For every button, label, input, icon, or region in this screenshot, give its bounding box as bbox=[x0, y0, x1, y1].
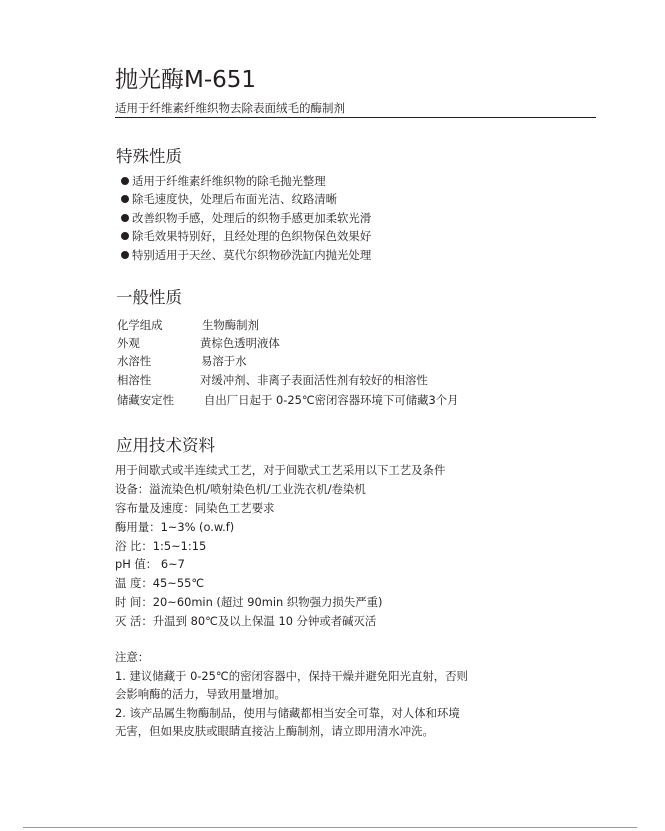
application-line: 用于间歇式或半连续式工艺，对于间歇式工艺采用以下工艺及条件 bbox=[115, 463, 445, 477]
application-line: 温 度：45~55℃ bbox=[115, 576, 204, 590]
application-line: 酶用量：1~3% (o.w.f) bbox=[115, 520, 234, 534]
notes-line: 无害，但如果皮肤或眼睛直接沾上酶制剂，请立即用清水冲洗。 bbox=[115, 724, 434, 738]
bullet-icon bbox=[121, 214, 129, 222]
property-value: 黄棕色透明液体 bbox=[200, 336, 280, 350]
section-heading-general-properties: 一般性质 bbox=[116, 288, 182, 308]
property-label: 水溶性 bbox=[117, 354, 151, 368]
header-divider bbox=[115, 117, 596, 118]
property-label: 储藏安定性 bbox=[117, 393, 174, 407]
notes-line: 会影响酶的活力，导致用量增加。 bbox=[115, 687, 286, 701]
application-line: 时 间：20~60min (超过 90min 织物强力损失严重) bbox=[115, 595, 382, 609]
property-value: 生物酶制剂 bbox=[202, 318, 259, 332]
product-title: 抛光酶M-651 bbox=[115, 66, 256, 94]
section-heading-special-properties: 特殊性质 bbox=[116, 147, 182, 167]
bullet-icon bbox=[121, 195, 129, 203]
list-item: 改善织物手感，处理后的织物手感更加柔软光滑 bbox=[121, 211, 371, 225]
bullet-icon bbox=[121, 251, 129, 259]
application-line: 灭 活：升温到 80℃及以上保温 10 分钟或者碱灭活 bbox=[115, 614, 376, 628]
application-line: 浴 比：1:5~1:15 bbox=[115, 539, 206, 553]
property-label: 相溶性 bbox=[117, 373, 151, 387]
notes-heading: 注意： bbox=[115, 650, 149, 664]
bullet-icon bbox=[121, 232, 129, 240]
footer-divider bbox=[23, 827, 637, 828]
application-line: 容布量及速度：同染色工艺要求 bbox=[115, 501, 274, 515]
product-subtitle: 适用于纤维素纤维织物去除表面绒毛的酶制剂 bbox=[115, 101, 345, 115]
bullet-icon bbox=[121, 177, 129, 185]
property-label: 外观 bbox=[117, 336, 140, 350]
list-item: 除毛速度快，处理后布面光洁、纹路清晰 bbox=[121, 192, 337, 206]
property-value: 对缓冲剂、非离子表面活性剂有较好的相溶性 bbox=[200, 373, 428, 387]
notes-line: 1. 建议储藏于 0-25℃的密闭容器中，保持干燥并避免阳光直射，否则 bbox=[115, 669, 468, 683]
application-line: pH 值： 6~7 bbox=[115, 557, 185, 571]
list-item: 特别适用于天丝、莫代尔织物砂洗缸内抛光处理 bbox=[121, 248, 371, 262]
notes-line: 2. 该产品属生物酶制品，使用与储藏都相当安全可靠，对人体和环境 bbox=[115, 706, 460, 720]
application-line: 设备：溢流染色机/喷射染色机/工业洗衣机/卷染机 bbox=[115, 482, 366, 496]
section-heading-application: 应用技术资料 bbox=[116, 436, 215, 456]
property-value: 易溶于水 bbox=[201, 354, 247, 368]
list-item: 除毛效果特别好，且经处理的色织物保色效果好 bbox=[121, 229, 371, 243]
list-item: 适用于纤维素纤维织物的除毛抛光整理 bbox=[121, 174, 326, 188]
property-value: 自出厂日起于 0-25℃密闭容器环境下可储藏3个月 bbox=[204, 393, 459, 407]
property-label: 化学组成 bbox=[117, 318, 163, 332]
